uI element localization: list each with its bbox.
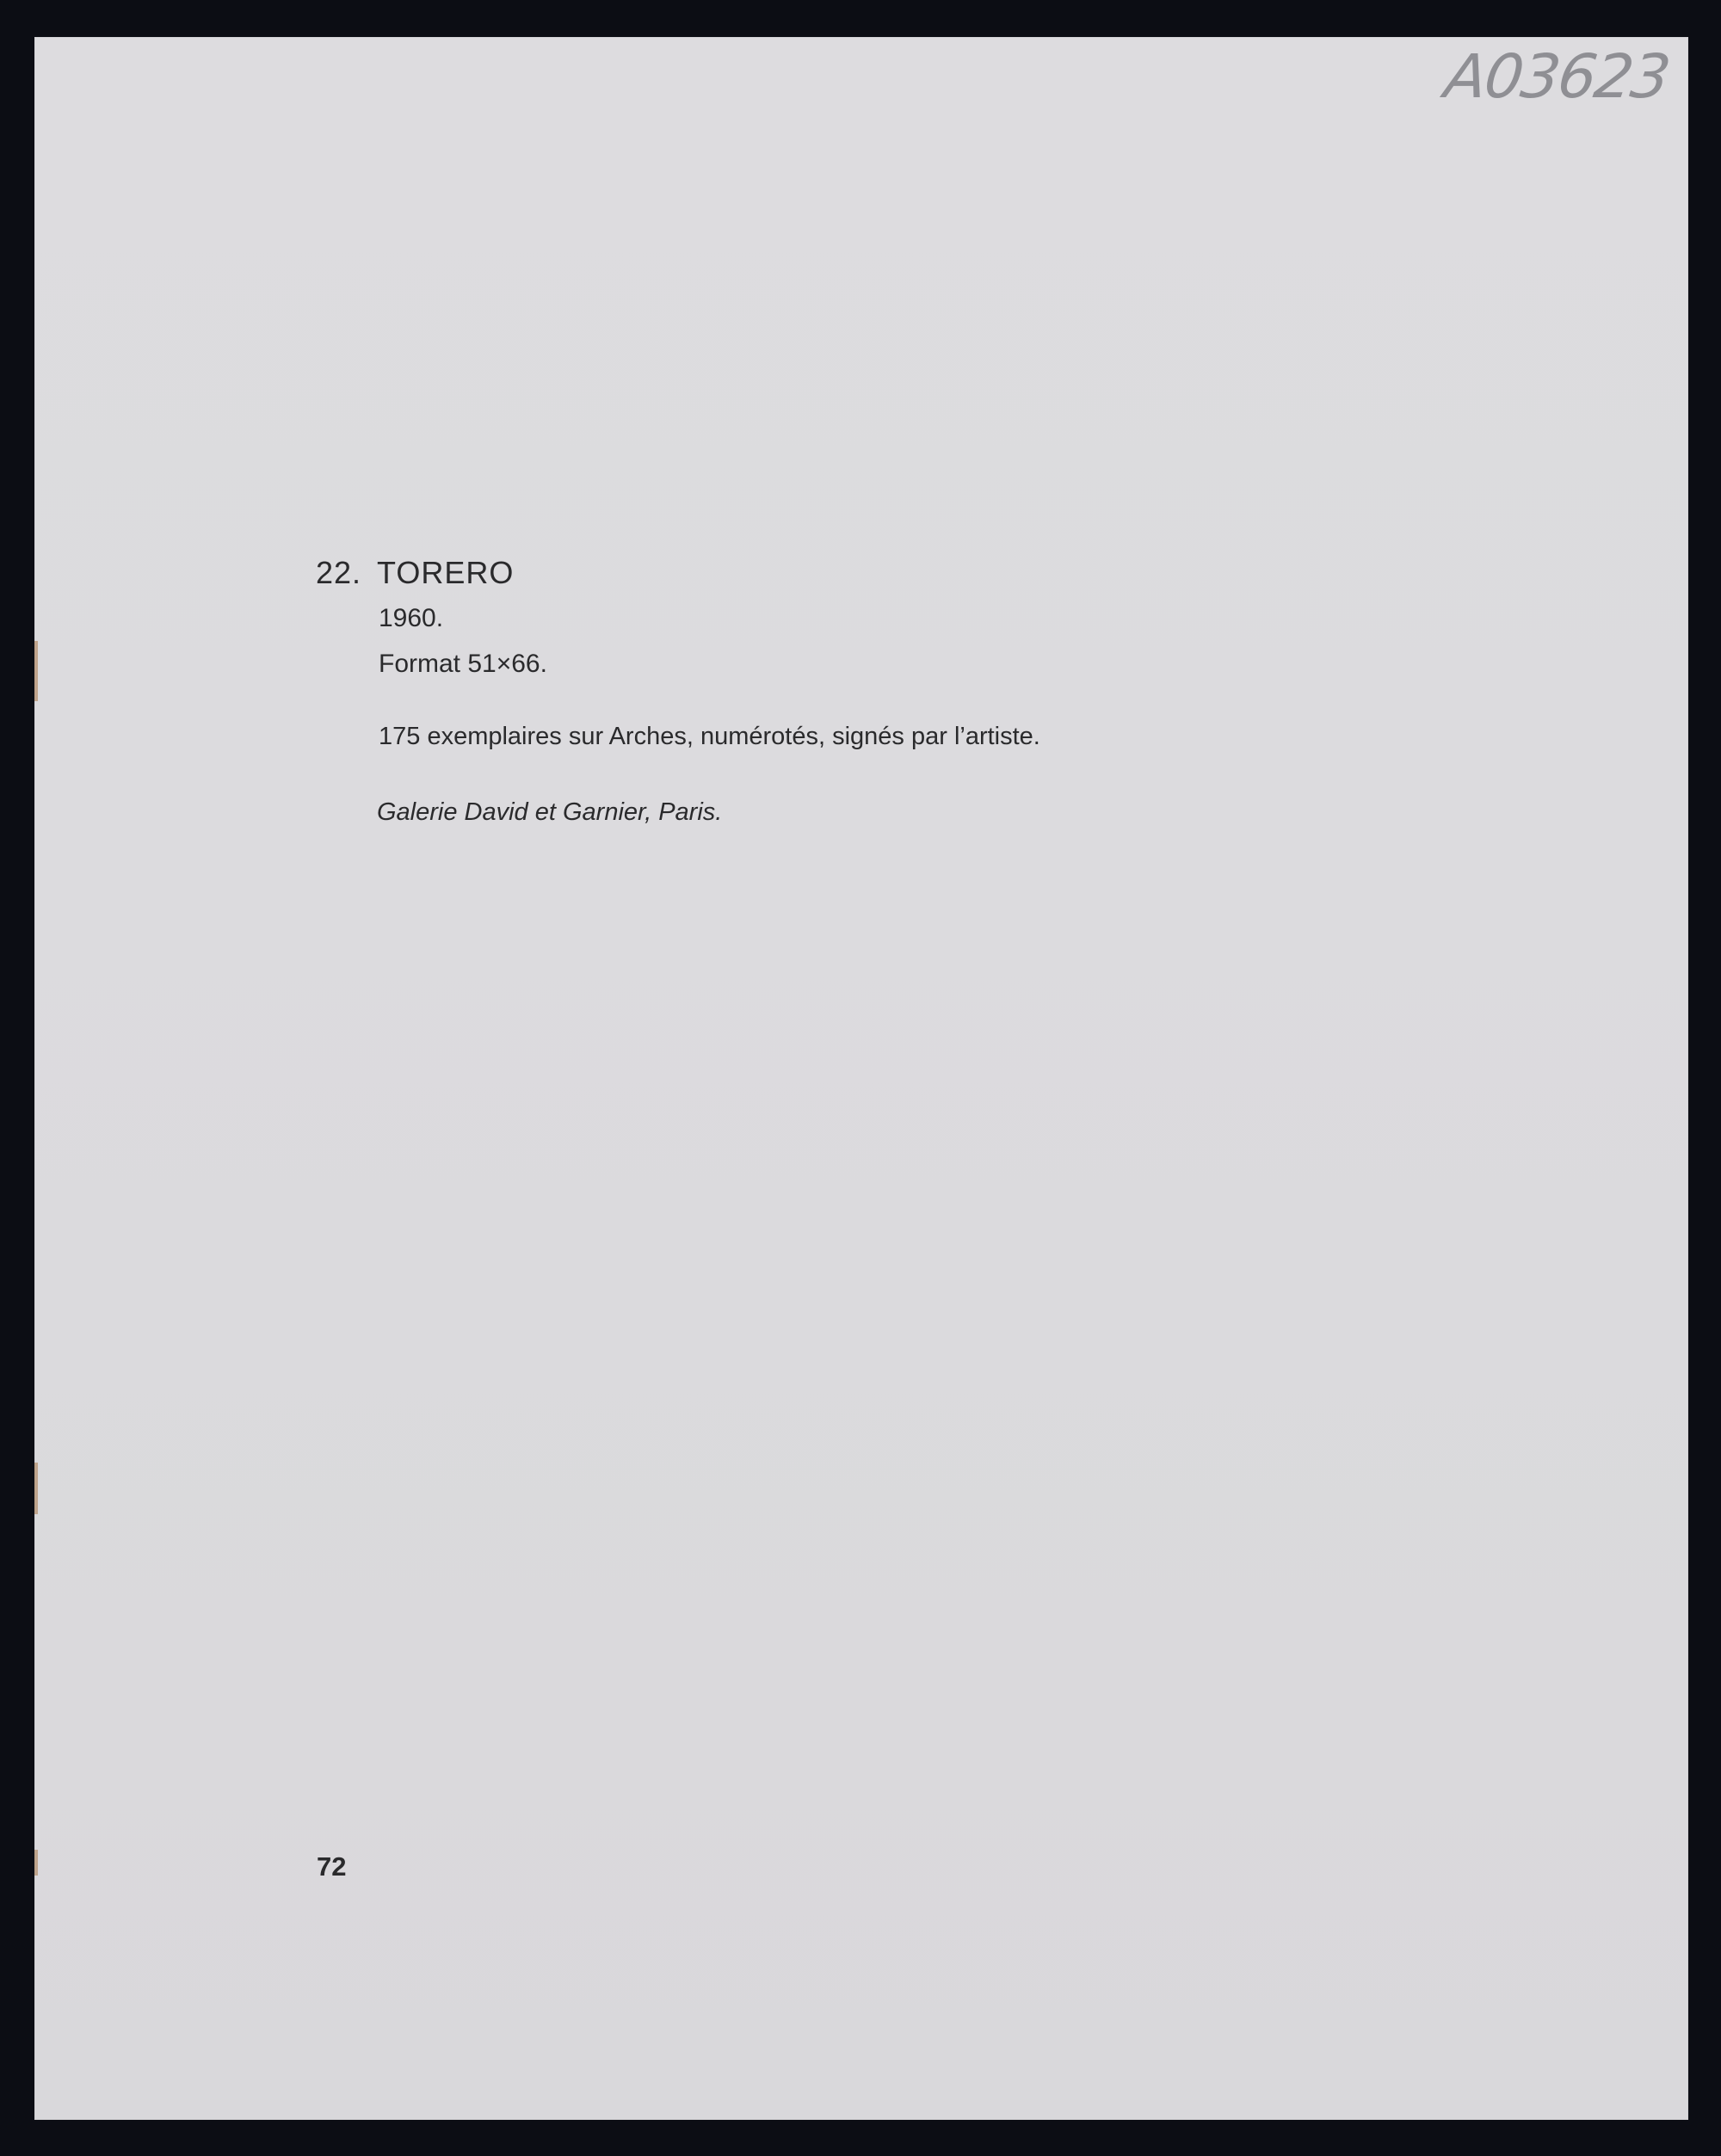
entry-publisher: Galerie David et Garnier, Paris. [377,798,722,827]
binding-mark [34,641,38,701]
entry-edition: 175 exemplaires sur Arches, numérotés, s… [379,723,1040,751]
catalog-page [34,37,1688,2120]
entry-heading: 22.TORERO [316,555,514,591]
entry-year: 1960. [379,604,443,633]
entry-format: Format 51×66. [379,650,547,679]
page-number: 72 [317,1851,346,1882]
binding-mark [34,1850,38,1876]
binding-mark [34,1463,38,1514]
entry-title: TORERO [377,555,514,590]
entry-number: 22. [316,555,361,590]
handwritten-accession-number: A03623 [1440,41,1673,112]
